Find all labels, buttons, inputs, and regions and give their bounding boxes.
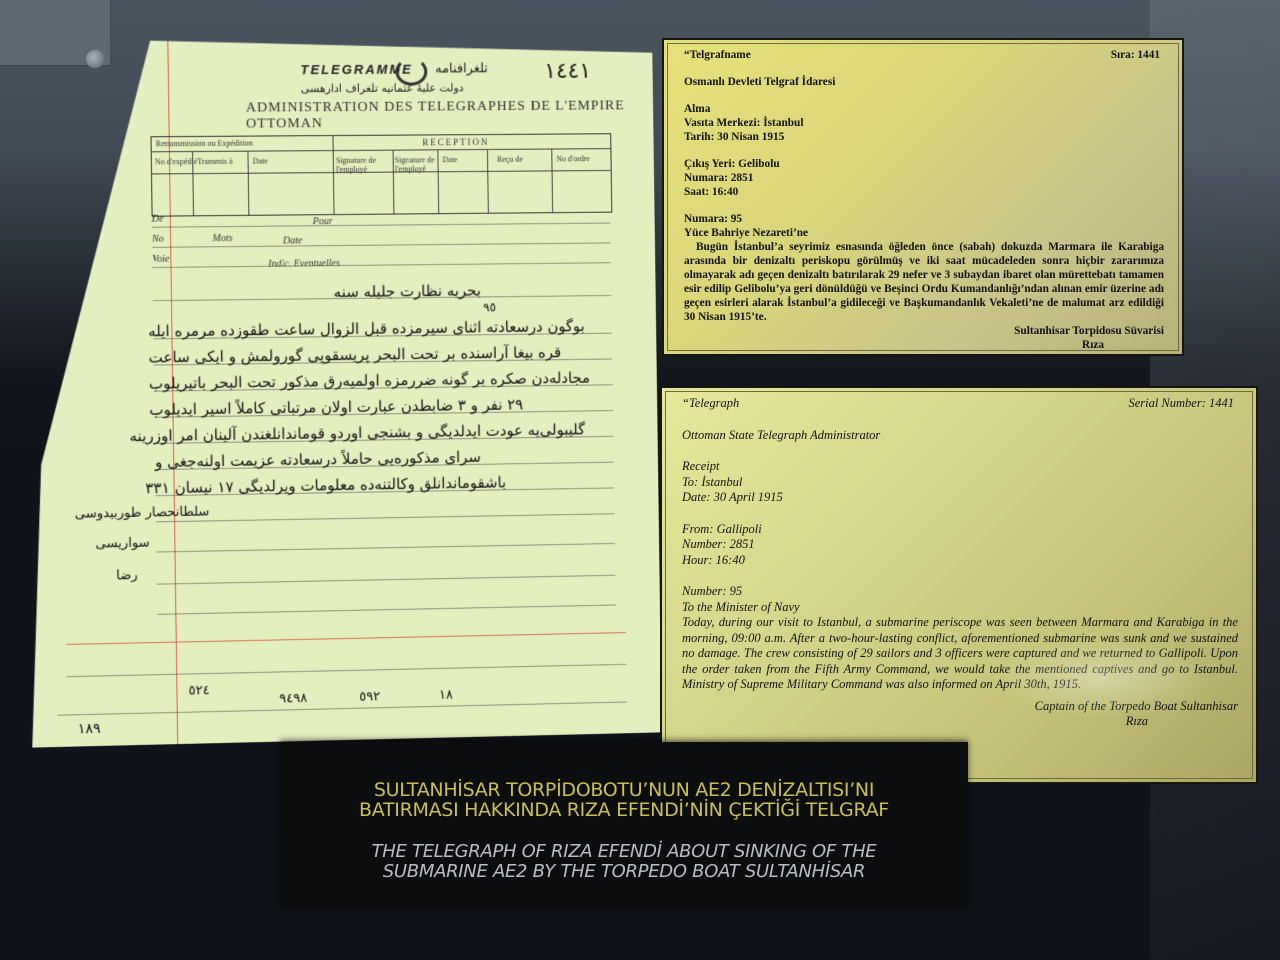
administration-ottoman: دولت علیهٔ عثمانیه تلغراف ادارهسی <box>301 81 464 95</box>
caption-turkish-line: BATIRMASI HAKKINDA RIZA EFENDİ’NİN ÇEKTİ… <box>280 800 968 820</box>
plate-addressee: To the Minister of Navy <box>682 600 1238 616</box>
plate-origin-line: Çıkış Yeri: Gelibolu <box>684 157 1164 171</box>
handwritten-line: سرای مذکوره‌یی حاملاً درسعادته عزیمت اول… <box>155 448 481 471</box>
field-no: No <box>152 234 164 245</box>
plate-origin-line: Number: 2851 <box>682 537 1238 553</box>
field-mots: Mots <box>212 233 232 244</box>
handwritten-line: گلیبولی‌یه عودت ایدلدیگی و بشنجی اوردو ق… <box>129 420 585 445</box>
handwritten-number: ٩٥ <box>483 300 496 314</box>
table-column-label: Date <box>253 157 268 166</box>
table-column-label: Reçu de <box>497 155 523 164</box>
plate-receipt-line: Date: 30 April 1915 <box>682 490 1238 506</box>
handwritten-line: بوگون درسعادته اثنای سیرمزده قبل الزوال … <box>148 317 585 340</box>
handwritten-signature-name: رضا <box>116 568 138 584</box>
field-indications: Indic. Eventuelles <box>268 258 340 270</box>
telegram-form-table: Retransmission ou Expédition RECEPTION N… <box>150 133 612 216</box>
caption-english: THE TELEGRAPH OF RIZA EFENDİ ABOUT SINKI… <box>280 842 968 882</box>
exhibit-caption-sign: SULTANHİSAR TORPİDOBOTU’NUN AE2 DENİZALT… <box>280 742 968 910</box>
field-voie: Voie <box>152 254 170 265</box>
plate-origin-line: Saat: 16:40 <box>684 185 1164 199</box>
plate-receipt-line: Tarih: 30 Nisan 1915 <box>684 130 1164 144</box>
plate-receipt-line: Receipt <box>682 459 1238 475</box>
plate-signature-name: Rıza <box>684 338 1164 352</box>
handwritten-addressee: بحریه نظارت جلیله سنه <box>334 282 482 302</box>
plate-administration: Osmanlı Devleti Telgraf İdaresi <box>684 75 1164 89</box>
field-de: De <box>152 214 164 225</box>
handwritten-line: ٢٩ نفر و ٣ ضابطدن عبارت اولان مرتباتی کا… <box>149 395 523 418</box>
turkish-transcription-plate: Sıra: 1441 “Telgrafname Osmanlı Devleti … <box>662 38 1184 356</box>
plate-body: Bugün İstanbul’a seyrimiz esnasında öğle… <box>684 240 1164 324</box>
caption-turkish: SULTANHİSAR TORPİDOBOTU’NUN AE2 DENİZALT… <box>280 780 968 820</box>
plate-number: Number: 95 <box>682 584 1238 600</box>
table-column-label: No d'ordre <box>556 154 590 163</box>
handwritten-line: مجادله‌دن صکره بر گونه ضررمزه اولمیه‌رق … <box>149 369 590 393</box>
plate-title: “Telegraph <box>682 396 1238 412</box>
caption-turkish-line: SULTANHİSAR TORPİDOBOTU’NUN AE2 DENİZALT… <box>280 780 968 800</box>
table-column-label: No d'expédié <box>155 157 198 166</box>
plate-title: “Telgrafname <box>684 48 1164 62</box>
screw-icon <box>86 50 104 68</box>
footer-note: ٥٢٤ <box>188 683 209 699</box>
handwritten-signature-rank: سواریسی <box>95 536 149 552</box>
table-column-label: Date <box>442 155 457 164</box>
serial-handwritten: ١٤٤١ <box>544 59 591 84</box>
ottoman-telegram-document: TELEGRAMME تلغرافنامه ١٤٤١ دولت علیهٔ عث… <box>22 39 661 748</box>
caption-english-line: THE TELEGRAPH OF RIZA EFENDİ ABOUT SINKI… <box>280 842 968 862</box>
table-column-label: Signature de l'employé <box>395 155 437 173</box>
handwritten-line: قره بیغا آراسنده بر تحت البحر پریسقوپی گ… <box>148 343 561 366</box>
footer-note: ٥٩٢ <box>359 689 380 704</box>
table-section-label: RECEPTION <box>422 137 489 147</box>
plate-addressee: Yüce Bahriye Nezareti’ne <box>684 226 1164 240</box>
plate-origin-line: Numara: 2851 <box>684 171 1164 185</box>
footer-note: ٩٤٩٨ <box>279 691 307 707</box>
plate-origin-line: Hour: 16:40 <box>682 553 1238 569</box>
plate-origin-line: From: Gallipoli <box>682 522 1238 538</box>
table-column-label: Transmis à <box>197 157 232 166</box>
table-section-label: Retransmission ou Expédition <box>156 139 253 149</box>
plate-receipt-line: Alma <box>684 102 1164 116</box>
plate-signature-title: Captain of the Torpedo Boat Sultanhisar <box>682 699 1238 715</box>
handwritten-line: باشقوماندانلق وکالتنه‌ده معلومات ویرلدیگ… <box>145 473 506 497</box>
administration-title: ADMINISTRATION DES TELEGRAPHES DE L'EMPI… <box>246 98 654 132</box>
plate-receipt-line: To: İstanbul <box>682 475 1238 491</box>
telegram-header-ottoman: تلغرافنامه <box>435 61 488 76</box>
plate-signature-title: Sultanhisar Torpidosu Süvarisi <box>684 324 1164 338</box>
footer-note: ١٨٩ <box>78 721 101 738</box>
plate-administration: Ottoman State Telegraph Administrator <box>682 428 1238 444</box>
plate-body: Today, during our visit to Istanbul, a s… <box>682 615 1238 693</box>
caption-english-line: SUBMARINE AE2 BY THE TORPEDO BOAT SULTAN… <box>280 862 968 882</box>
handwritten-signature-title: سلطانحصار طوربیدوسی <box>75 504 210 521</box>
english-translation-plate: Serial Number: 1441 “Telegraph Ottoman S… <box>660 386 1258 784</box>
table-column-label: Signature de l'employé <box>336 156 391 174</box>
plate-receipt-line: Vasıta Merkezi: İstanbul <box>684 116 1164 130</box>
plate-number: Numara: 95 <box>684 212 1164 226</box>
plate-signature-name: Rıza <box>682 714 1238 730</box>
footer-note: ١٨ <box>439 688 453 703</box>
